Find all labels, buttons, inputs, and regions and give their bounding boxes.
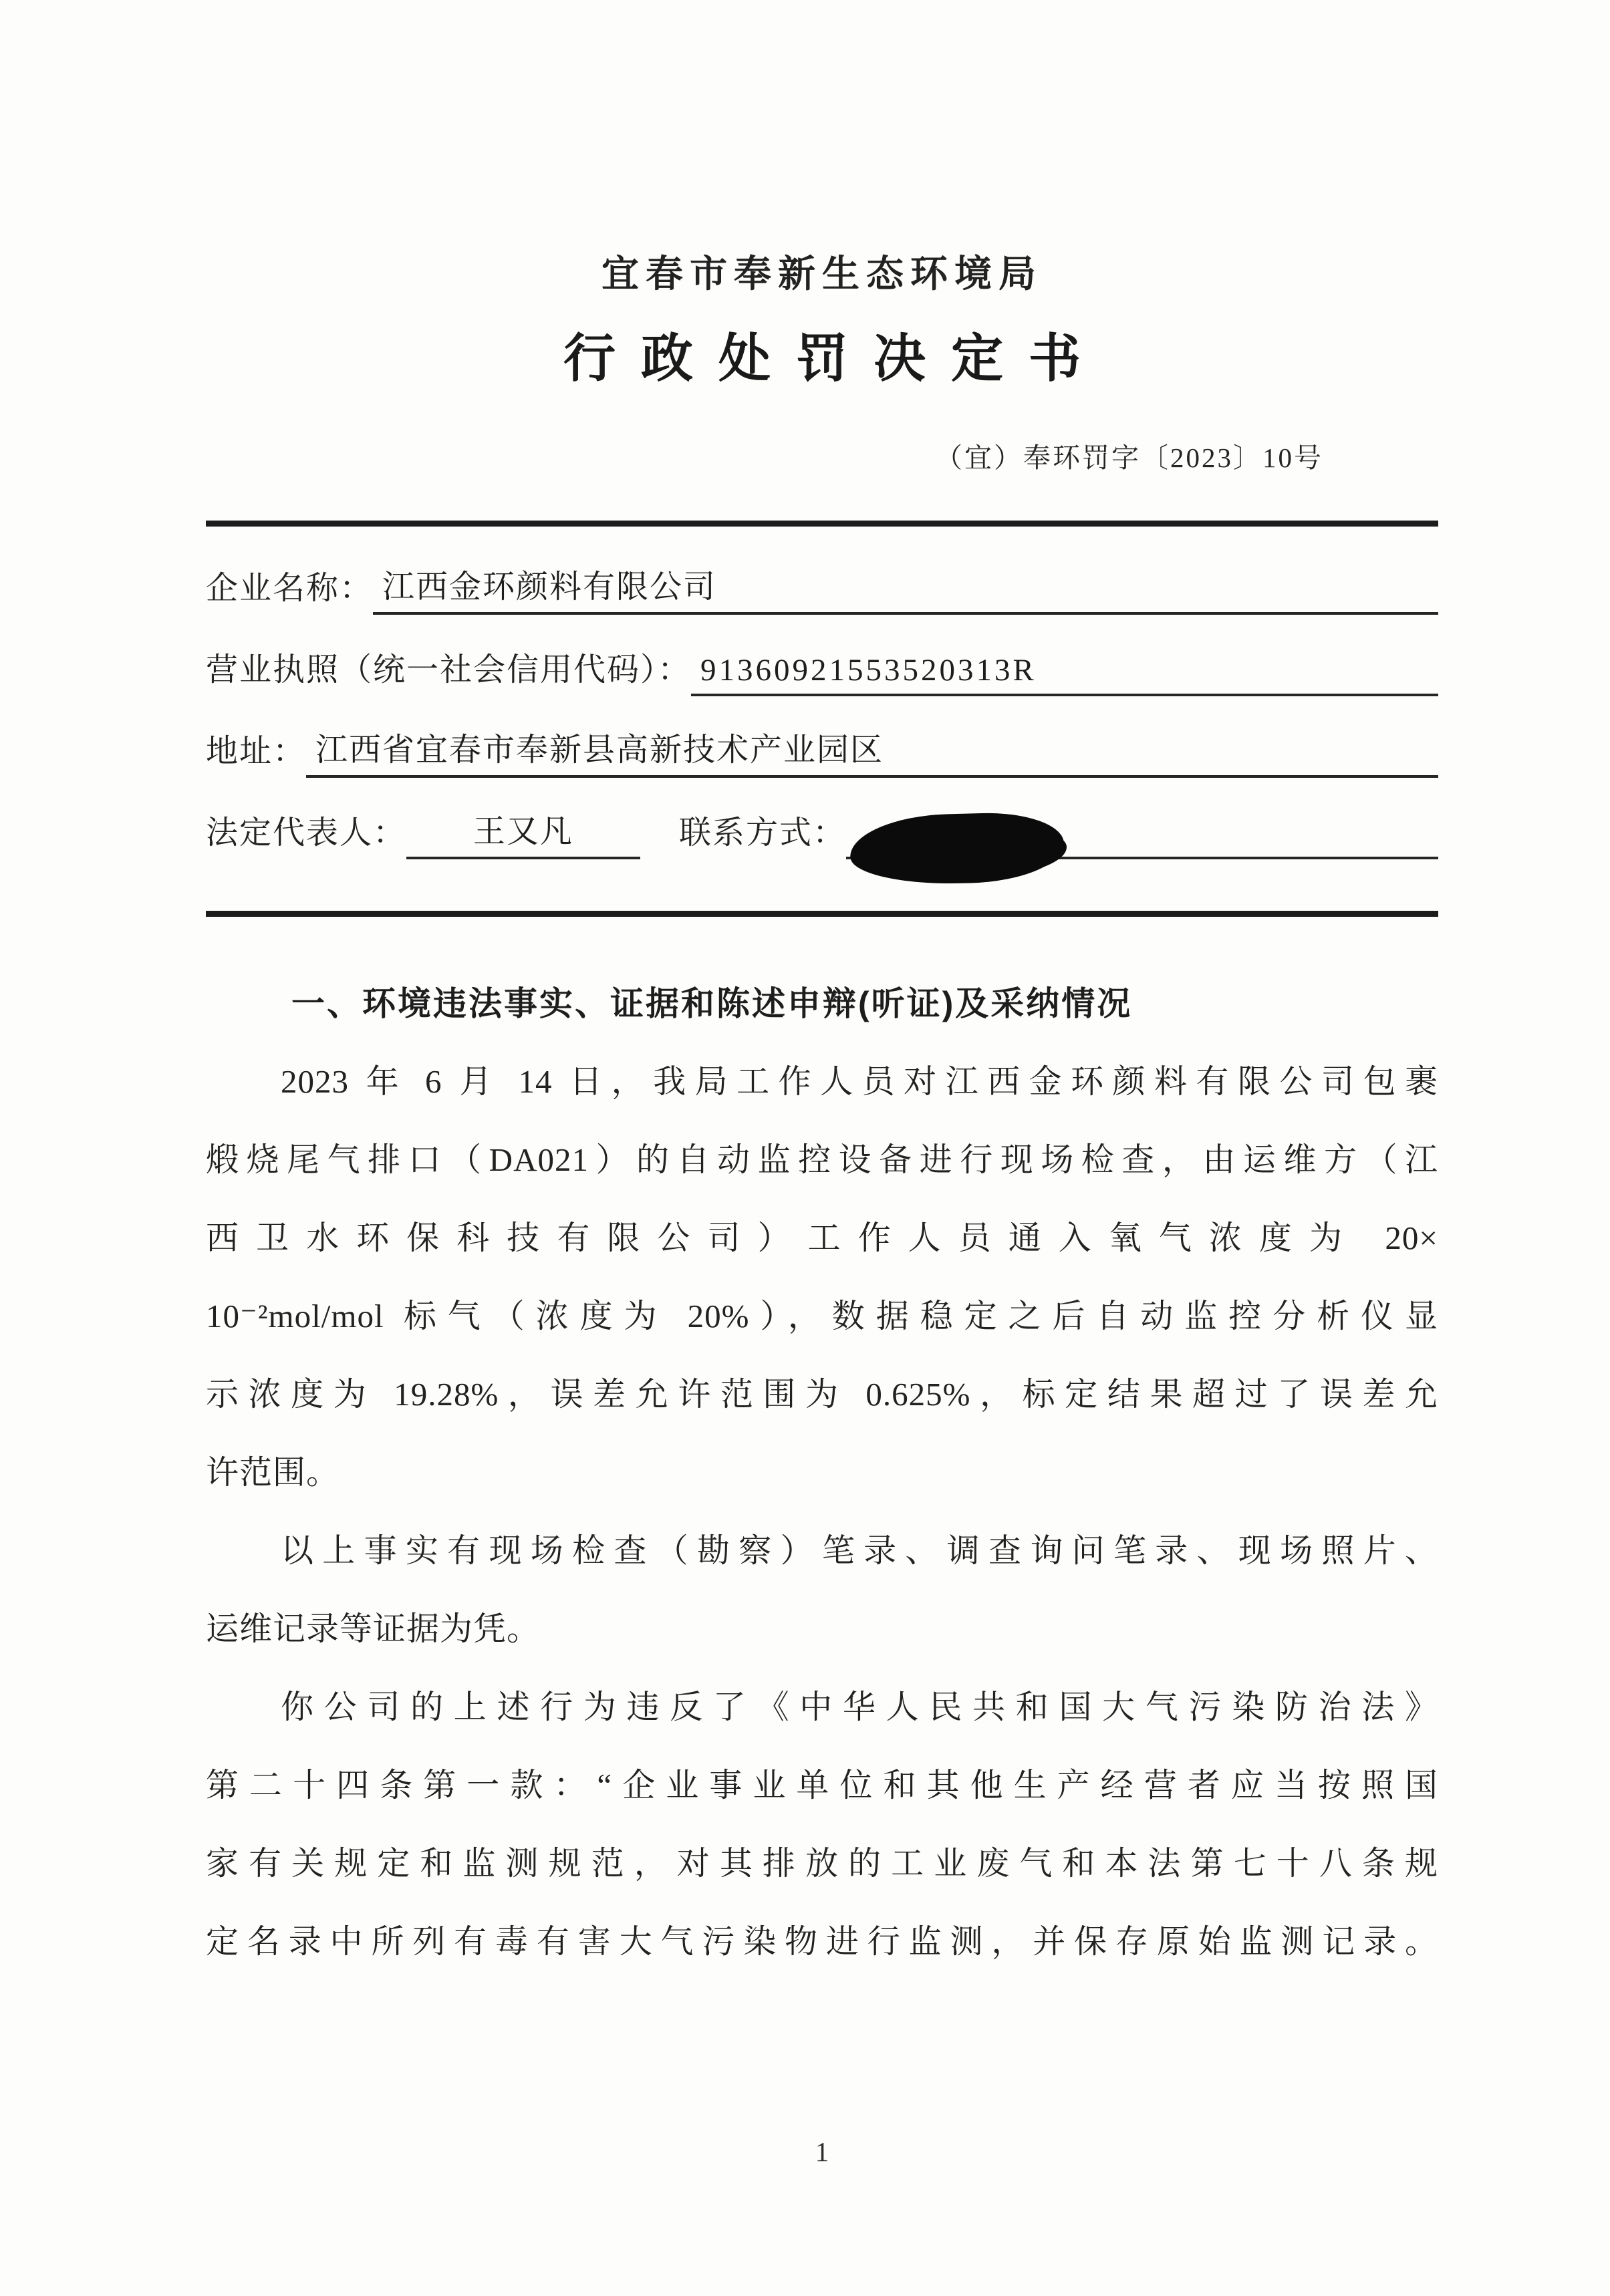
legal-rep-label: 法定代表人：: [206, 807, 406, 859]
page-number: 1: [206, 2136, 1438, 2168]
body-line: 10⁻²mol/mol 标气（浓度为 20%），数据稳定之后自动监控分析仪显: [206, 1277, 1438, 1355]
field-row-license: 营业执照（统一社会信用代码）： 91360921553520313R: [206, 615, 1438, 696]
redaction-block: [849, 811, 1065, 887]
contact-label: 联系方式：: [679, 807, 846, 859]
field-row-legal-rep: 法定代表人： 王又凡 联系方式：: [206, 778, 1438, 859]
body-line: 运维记录等证据为凭。: [206, 1590, 1438, 1668]
address-label: 地址：: [206, 725, 306, 778]
body-line: 家有关规定和监测规范，对其排放的工业废气和本法第七十八条规: [206, 1824, 1438, 1902]
legal-rep-value: 王又凡: [406, 805, 640, 859]
field-row-address: 地址： 江西省宜春市奉新县高新技术产业园区: [206, 696, 1438, 778]
section-one-heading: 一、环境违法事实、证据和陈述申辩(听证)及采纳情况: [206, 977, 1438, 1025]
body-line: 2023 年 6 月 14 日，我局工作人员对江西金环颜料有限公司包裹: [206, 1042, 1438, 1121]
field-row-company: 企业名称： 江西金环颜料有限公司: [206, 533, 1438, 615]
scanned-document-page: 宜春市奉新生态环境局 行政处罚决定书 （宜）奉环罚字〔2023〕10号 企业名称…: [0, 0, 1610, 2296]
issuing-authority: 宜春市奉新生态环境局: [206, 245, 1438, 298]
company-value: 江西金环颜料有限公司: [373, 561, 1438, 615]
divider-rule-bottom: [206, 911, 1438, 917]
company-label: 企业名称：: [206, 562, 373, 615]
body-line: 示浓度为 19.28%，误差允许范围为 0.625%，标定结果超过了误差允: [206, 1355, 1438, 1433]
address-value: 江西省宜春市奉新县高新技术产业园区: [306, 724, 1438, 778]
document-title: 行政处罚决定书: [206, 317, 1438, 392]
body-line: 煅烧尾气排口（DA021）的自动监控设备进行现场检查，由运维方（江: [206, 1121, 1438, 1199]
contact-value-line: [846, 778, 1438, 859]
license-label: 营业执照（统一社会信用代码）：: [206, 643, 691, 696]
body-text: 2023 年 6 月 14 日，我局工作人员对江西金环颜料有限公司包裹 煅烧尾气…: [206, 1042, 1438, 1981]
license-value: 91360921553520313R: [691, 652, 1438, 696]
body-line: 定名录中所列有毒有害大气污染物进行监测，并保存原始监测记录。: [206, 1902, 1438, 1981]
document-number: （宜）奉环罚字〔2023〕10号: [206, 436, 1438, 475]
body-line: 你公司的上述行为违反了《中华人民共和国大气污染防治法》: [206, 1668, 1438, 1746]
body-line: 西卫水环保科技有限公司）工作人员通入氧气浓度为 20×: [206, 1199, 1438, 1277]
header-fields: 企业名称： 江西金环颜料有限公司 营业执照（统一社会信用代码）： 9136092…: [206, 533, 1438, 859]
body-line: 第二十四条第一款：“企业事业单位和其他生产经营者应当按照国: [206, 1746, 1438, 1824]
body-line: 许范围。: [206, 1433, 1438, 1512]
body-line: 以上事实有现场检查（勘察）笔录、调查询问笔录、现场照片、: [206, 1512, 1438, 1590]
divider-rule-top: [206, 521, 1438, 527]
